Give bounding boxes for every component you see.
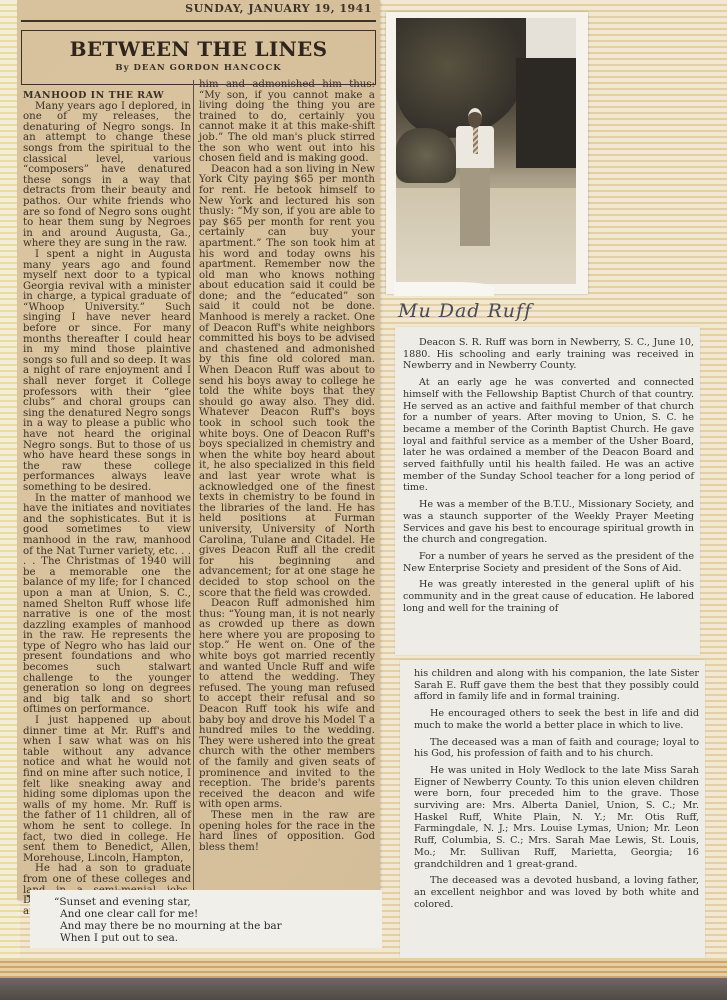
article-paragraph: him and admonished him thus: “My son, if… bbox=[199, 80, 375, 165]
obituary-paragraph: his children and along with his companio… bbox=[414, 668, 699, 703]
article-paragraph: Many years ago I deplored, in one of my … bbox=[23, 102, 191, 250]
column-title: BETWEEN THE LINES bbox=[22, 37, 375, 61]
obituary-paragraph: He was greatly interested in the general… bbox=[403, 579, 694, 614]
photo-image bbox=[396, 18, 576, 284]
article-paragraph: Deacon had a son living in New York City… bbox=[199, 165, 375, 599]
article-paragraph: These men in the raw are opening holes f… bbox=[199, 811, 375, 853]
photo-tree bbox=[396, 18, 526, 138]
page-bottom-edge bbox=[0, 958, 727, 978]
article-paragraph: Deacon Ruff admonished him thus: “Young … bbox=[199, 599, 375, 811]
poem-line: And one clear call for me! bbox=[60, 908, 382, 920]
obituary-paragraph: The deceased was a devoted husband, a lo… bbox=[414, 875, 699, 910]
obituary-paragraph: He was united in Holy Wedlock to the lat… bbox=[414, 765, 699, 870]
photo-man bbox=[460, 166, 490, 246]
photo-house bbox=[516, 58, 576, 168]
article-right-column: him and admonished him thus: “My son, if… bbox=[199, 80, 375, 853]
obituary-clipping-top: Deacon S. R. Ruff was born in Newberry, … bbox=[395, 327, 700, 655]
obituary-paragraph: At an early age he was converted and con… bbox=[403, 377, 694, 494]
poem-clipping: “Sunset and evening star, And one clear … bbox=[30, 890, 382, 948]
byline: By DEAN GORDON HANCOCK bbox=[22, 63, 375, 73]
torn-edge bbox=[394, 282, 494, 296]
dateline: SUNDAY, JANUARY 19, 1941 bbox=[185, 2, 372, 15]
handwritten-caption: Mu Dad Ruff bbox=[398, 300, 532, 322]
obituary-paragraph: For a number of years he served as the p… bbox=[403, 551, 694, 574]
obituary-clipping-bottom: his children and along with his companio… bbox=[400, 660, 705, 972]
background-surface bbox=[0, 978, 727, 1000]
column-divider bbox=[193, 80, 194, 890]
article-subhead: MANHOOD IN THE RAW bbox=[23, 91, 191, 102]
obituary-paragraph: The deceased was a man of faith and cour… bbox=[414, 737, 699, 760]
column-masthead: BETWEEN THE LINES By DEAN GORDON HANCOCK bbox=[21, 30, 376, 85]
photo-bush bbox=[396, 128, 456, 183]
photograph bbox=[386, 12, 588, 294]
photo-man bbox=[468, 108, 482, 128]
article-paragraph: I just happened up about dinner time at … bbox=[23, 716, 191, 864]
newspaper-clipping: SUNDAY, JANUARY 19, 1941 BETWEEN THE LIN… bbox=[17, 0, 380, 900]
poem-line: “Sunset and evening star, bbox=[54, 896, 382, 908]
divider bbox=[21, 20, 376, 22]
article-paragraph: I spent a night in Augusta many years ag… bbox=[23, 250, 191, 494]
obituary-paragraph: Deacon S. R. Ruff was born in Newberry, … bbox=[403, 337, 694, 372]
scrapbook-page: SUNDAY, JANUARY 19, 1941 BETWEEN THE LIN… bbox=[0, 0, 727, 975]
obituary-paragraph: He was a member of the B.T.U., Missionar… bbox=[403, 499, 694, 546]
obituary-paragraph: He encouraged others to seek the best in… bbox=[414, 708, 699, 731]
article-paragraph: In the matter of manhood we have the ini… bbox=[23, 494, 191, 716]
poem-line: When I put out to sea. bbox=[60, 932, 382, 944]
poem-line: And may there be no mourning at the bar bbox=[60, 920, 382, 932]
photo-man bbox=[473, 128, 478, 154]
article-left-column: MANHOOD IN THE RAW Many years ago I depl… bbox=[23, 91, 191, 917]
